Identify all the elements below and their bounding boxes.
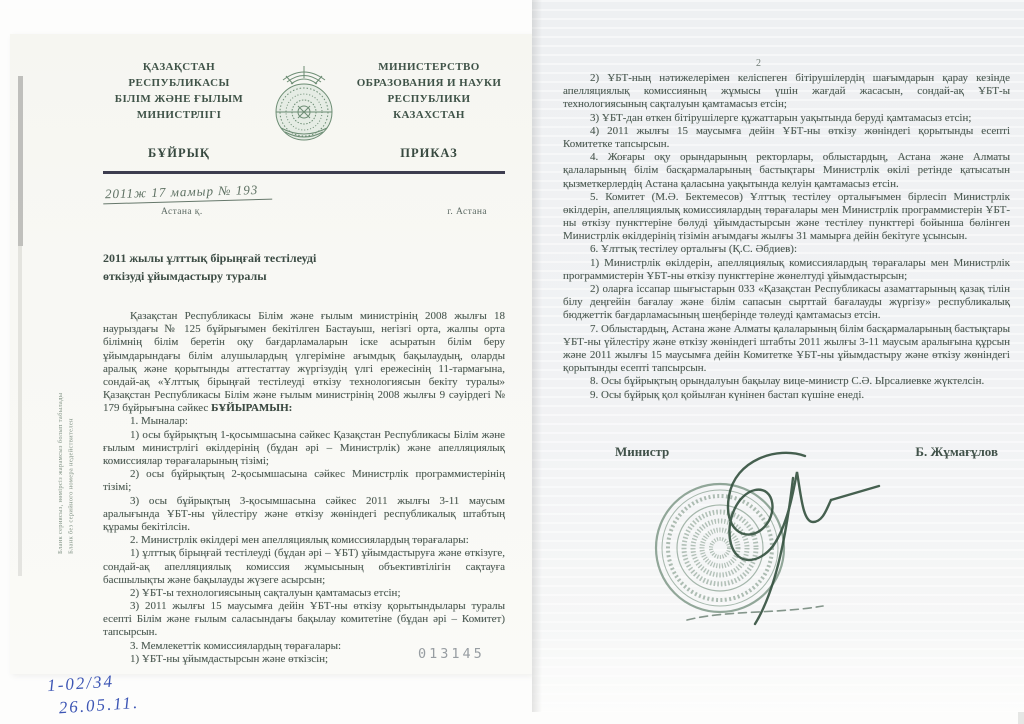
kazakhstan-emblem-icon	[263, 62, 345, 148]
handwritten-date-number: 2011ж 17 мамыр № 193	[103, 181, 273, 204]
handwritten-registration-note: 1-02/34 26.05.11.	[47, 669, 140, 721]
paragraph: 3) осы бұйрықтың 3-қосымшасына сәйкес 20…	[103, 495, 505, 535]
page1-body: Қазақстан Республикасы Білім және ғылым …	[103, 310, 505, 666]
minister-signature	[627, 438, 917, 648]
paragraph: 1) Министрлік өкілдерін, апелляциялық ко…	[563, 257, 1010, 283]
ministry-name-ru: МИНИСТЕРСТВО ОБРАЗОВАНИЯ И НАУКИ РЕСПУБЛ…	[353, 60, 505, 124]
letterhead-kazakh-column: ҚАЗАҚСТАН РЕСПУБЛИКАСЫ БІЛІМ ЖӘНЕ ҒЫЛЫМ …	[103, 60, 255, 161]
doc-type-kk: БҰЙРЫҚ	[103, 146, 255, 161]
date-row: 2011ж 17 мамыр № 193	[103, 183, 505, 201]
paragraph: 2) оларға іссапар шығыстарын 033 «Қазақс…	[563, 283, 1010, 323]
paragraph: 6. Ұлттық тестілеу орталығы (Қ.С. Әбдиев…	[563, 243, 1010, 256]
doc-type-ru: ПРИКАЗ	[353, 146, 505, 161]
paragraph: 2) ҰБТ-ы технологиясының сақталуын қамта…	[103, 587, 505, 600]
paragraph: 3) 2011 жылғы 15 маусымға дейін ҰБТ-ны ө…	[103, 600, 505, 640]
paragraph: 5. Комитет (М.Ә. Бектемесов) Ұлттық тест…	[563, 191, 1010, 244]
paragraph: 1) осы бұйрықтың 1-қосымшасына сәйкес Қа…	[103, 429, 505, 469]
paragraph: 9. Осы бұйрық қол қойылған күнінен баста…	[563, 389, 1010, 402]
paragraph: Қазақстан Республикасы Білім және ғылым …	[103, 310, 505, 416]
paragraph: 2) ҰБТ-ның нәтижелерімен келіспеген біті…	[563, 72, 1010, 112]
city-kk: Астана қ.	[161, 207, 203, 217]
paragraph: 4) 2011 жылғы 15 маусымға дейін ҰБТ-ны ө…	[563, 125, 1010, 151]
page2-body: 2) ҰБТ-ның нәтижелерімен келіспеген біті…	[563, 72, 1010, 402]
scanned-order-document: ҚАЗАҚСТАН РЕСПУБЛИКАСЫ БІЛІМ ЖӘНЕ ҒЫЛЫМ …	[0, 0, 1024, 724]
city-ru: г. Астана	[447, 207, 487, 217]
order-title: 2011 жылы ұлттық бірыңғай тестілеуді өтк…	[103, 249, 505, 286]
blank-serial-number: 013145	[418, 646, 485, 662]
date-note: 26.05.11.	[58, 692, 140, 720]
paragraph: 3) ҰБТ-дан өткен бітірушілерге құжаттары…	[563, 112, 1010, 125]
city-row: Астана қ. г. Астана	[103, 201, 505, 217]
letterhead-divider	[103, 171, 505, 174]
paragraph: 1) ұлттық бірыңғай тестілеуді (бұдан әрі…	[103, 547, 505, 587]
paragraph: 2) осы бұйрықтың 2-қосымшасына сәйкес Ми…	[103, 468, 505, 494]
scan-edge-shadow-2	[18, 246, 22, 576]
ministry-name-kk: ҚАЗАҚСТАН РЕСПУБЛИКАСЫ БІЛІМ ЖӘНЕ ҒЫЛЫМ …	[103, 60, 255, 124]
paragraph: 7. Облыстардың, Астана және Алматы қалал…	[563, 323, 1010, 376]
paragraph: 4. Жоғары оқу орындарының ректорлары, об…	[563, 151, 1010, 191]
letterhead-russian-column: МИНИСТЕРСТВО ОБРАЗОВАНИЯ И НАУКИ РЕСПУБЛ…	[353, 60, 505, 161]
letterhead: ҚАЗАҚСТАН РЕСПУБЛИКАСЫ БІЛІМ ЖӘНЕ ҒЫЛЫМ …	[103, 60, 505, 161]
paragraph: 2. Министрлік өкілдері мен апелляциялық …	[103, 534, 505, 547]
paragraph: 8. Осы бұйрықтың орындалуын бақылау вице…	[563, 375, 1010, 388]
minister-name: Б. Жұмағұлов	[915, 444, 998, 460]
page-1: ҚАЗАҚСТАН РЕСПУБЛИКАСЫ БІЛІМ ЖӘНЕ ҒЫЛЫМ …	[10, 34, 532, 674]
blank-security-note: Бланк сериясыз, нөмірсіз жарамсыз болып …	[56, 329, 77, 554]
page-2: 2 2) ҰБТ-ның нәтижелерімен келіспеген бі…	[532, 0, 1024, 712]
scan-edge-shadow	[18, 76, 23, 246]
paragraph: 1. Мыналар:	[103, 415, 505, 428]
